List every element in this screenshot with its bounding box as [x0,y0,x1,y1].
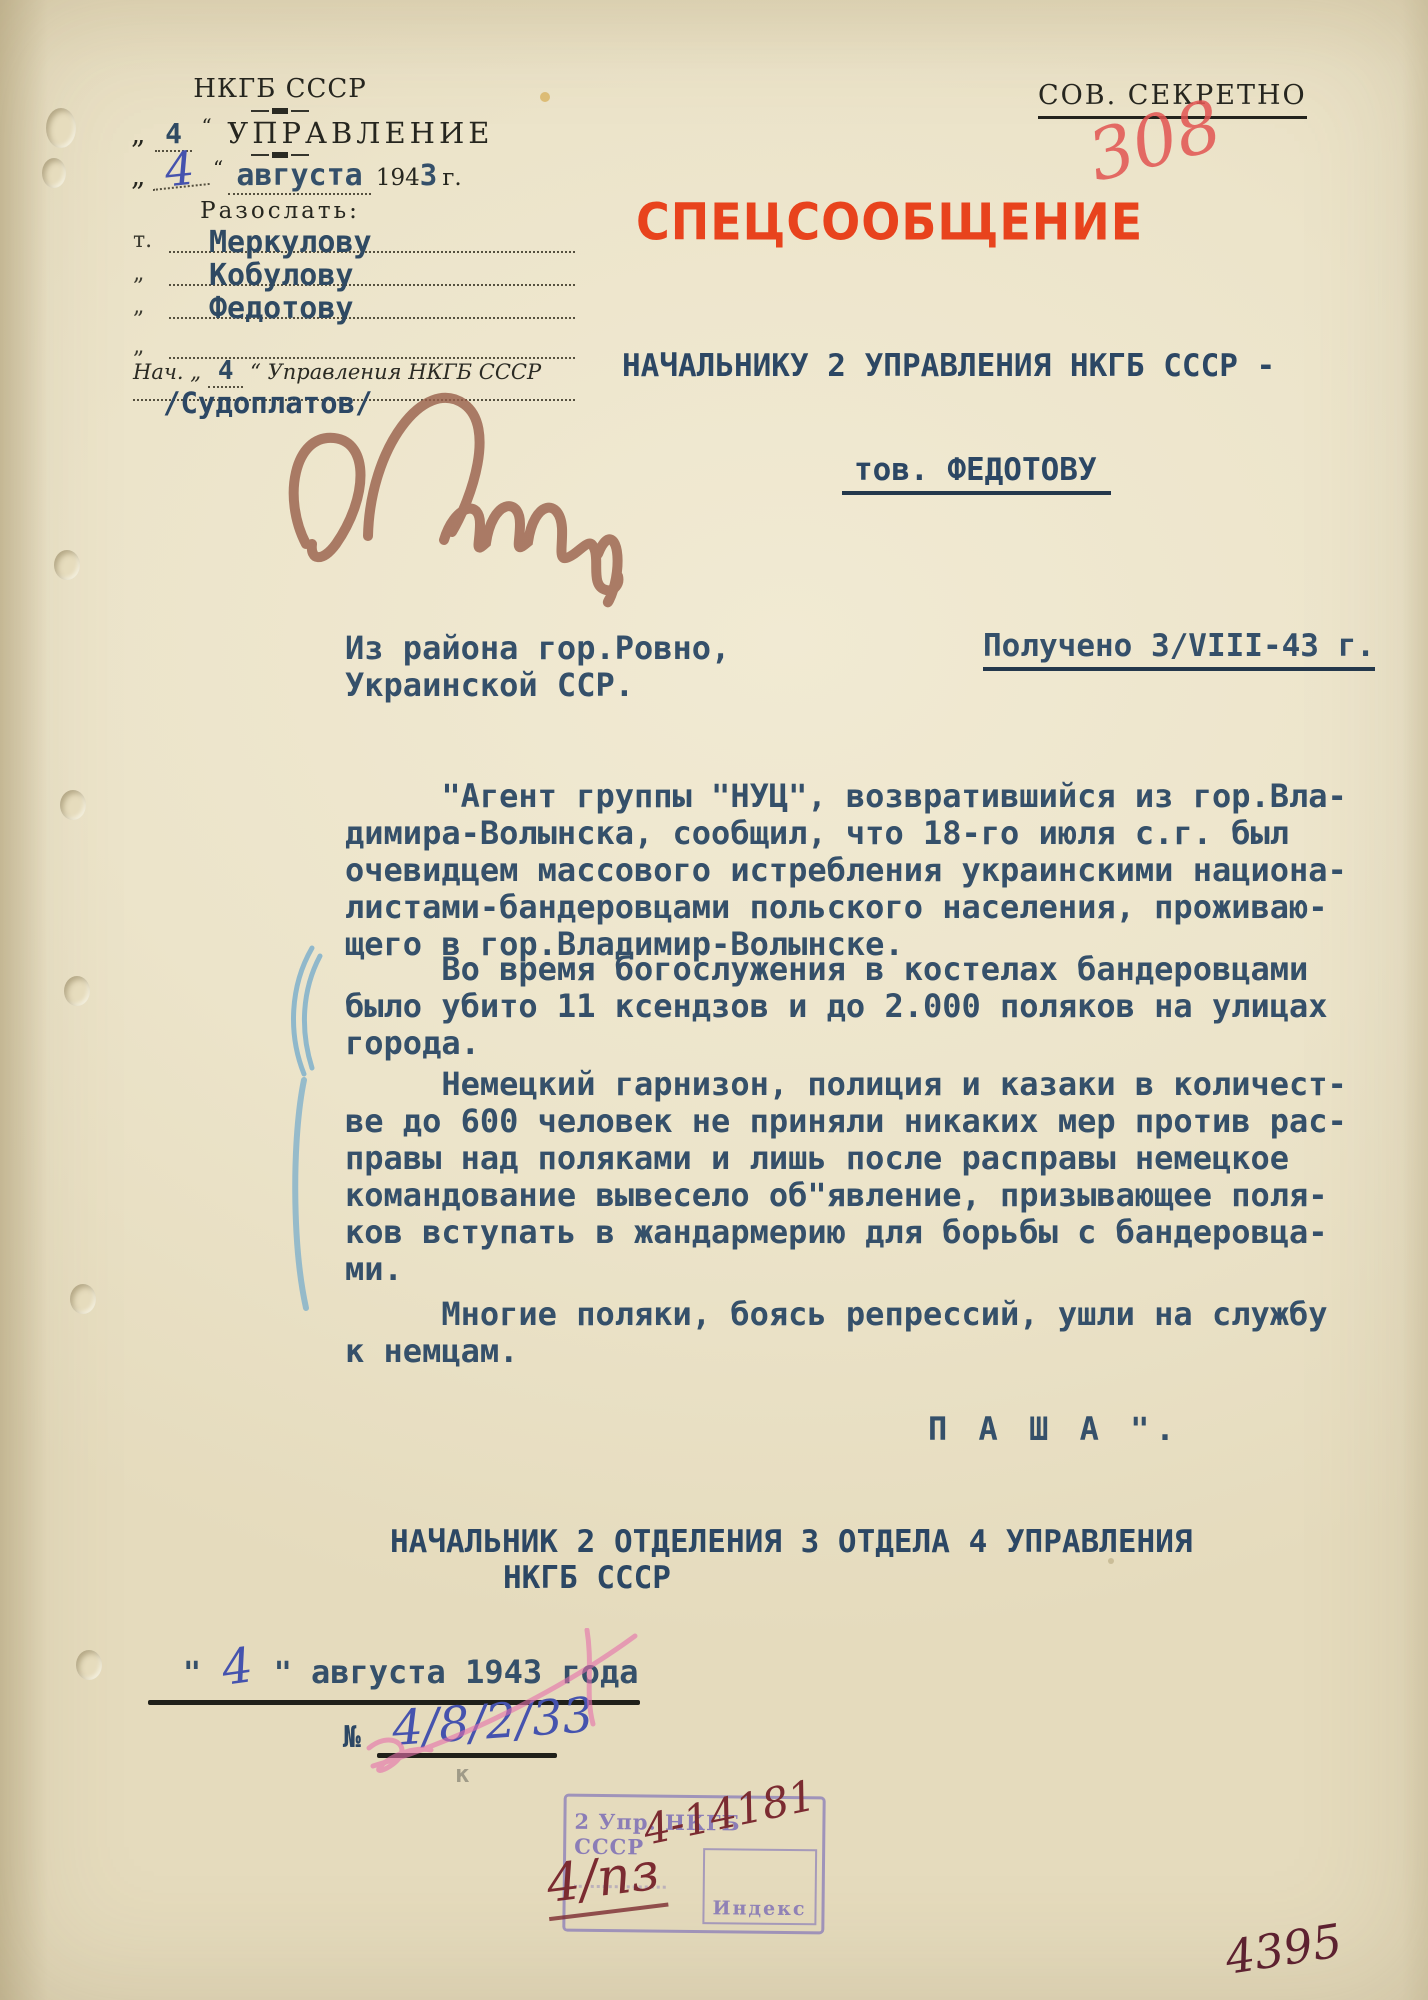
paragraph-4: Многие поляки, боясь репрессий, ушли на … [345,1296,1328,1370]
pink-pencil-scribble [335,1628,665,1793]
addressee-name: тов. ФЕДОТОВУ [842,452,1111,495]
printed-year: 194 [376,165,420,191]
margin-mark-blue [288,1076,316,1314]
open-quote: " [183,1656,201,1691]
typed-year-digit: 3 [420,158,437,192]
recipient-row: т. Меркулову [133,220,575,253]
handwritten-day: 4 [149,149,210,191]
addressee-line: НАЧАЛЬНИКУ 2 УПРАВЛЕНИЯ НКГБ СССР - [622,348,1275,384]
source-block: Из района гор.Ровно, Украинской ССР. [345,630,730,704]
paragraph-2: Во время богослужения в костелах бандеро… [345,951,1328,1062]
paper-speck [540,92,550,102]
recipient-row: „ Федотову [133,286,575,319]
close-quote: " [274,1656,292,1691]
signoff-line2: НКГБ СССР [503,1560,671,1596]
punch-hole [76,1650,102,1680]
paragraph-3: Немецкий гарнизон, полиция и казаки в ко… [345,1066,1347,1288]
received-note: Получено 3/VIII-43 г. [983,628,1375,671]
open-quote: „ [131,117,146,150]
close-quote: “ [201,114,211,138]
paragraph-1: "Агент группы "НУЦ", возвратившийся из г… [345,778,1347,963]
dotted-line: Меркулову [169,218,575,253]
punch-hole [64,976,90,1006]
typed-month: августа [228,158,370,195]
letterhead-date-line: „ 4 “ августа 1943 г. [131,152,462,193]
punch-hole [70,1284,96,1314]
archival-number: 4395 [1221,1913,1345,1985]
handwritten-day: 4 [204,1648,270,1686]
department-label: УПРАВЛЕНИЕ [227,116,493,150]
paper-tear [46,108,76,148]
close-quote: “ [213,156,223,180]
open-quote: „ [131,159,146,192]
margin-mark-blue [278,942,326,1082]
recipient-prefix: „ [133,294,169,319]
agent-signature: П А Ш А ". [928,1410,1181,1448]
year-suffix: г. [442,165,461,191]
dotted-line: Кобулову [169,251,575,286]
punch-hole [60,790,86,820]
stamp-index-label: Индекс [704,1897,814,1920]
signature-sudoplatov [272,348,742,613]
chief-number: 4 [208,356,244,388]
document-page: НКГБ СССР „ 4 “ УПРАВЛЕНИЕ „ 4 “ августа… [0,0,1428,2000]
recipient-prefix: „ [133,261,169,286]
letterhead-org: НКГБ СССР [130,74,430,104]
signoff-line1: НАЧАЛЬНИК 2 ОТДЕЛЕНИЯ 3 ОТДЕЛА 4 УПРАВЛЕ… [390,1524,1193,1560]
punch-hole [54,550,80,580]
recipient-prefix: т. [133,228,169,253]
document-title: СПЕЦСООБЩЕНИЕ [636,192,1143,251]
chief-prefix: Нач. „ [133,360,201,384]
paper-tear [42,158,66,188]
dotted-line: Федотову [169,284,575,319]
recipient-row: „ Кобулову [133,253,575,286]
stamp-index-box: Индекс [702,1848,817,1925]
